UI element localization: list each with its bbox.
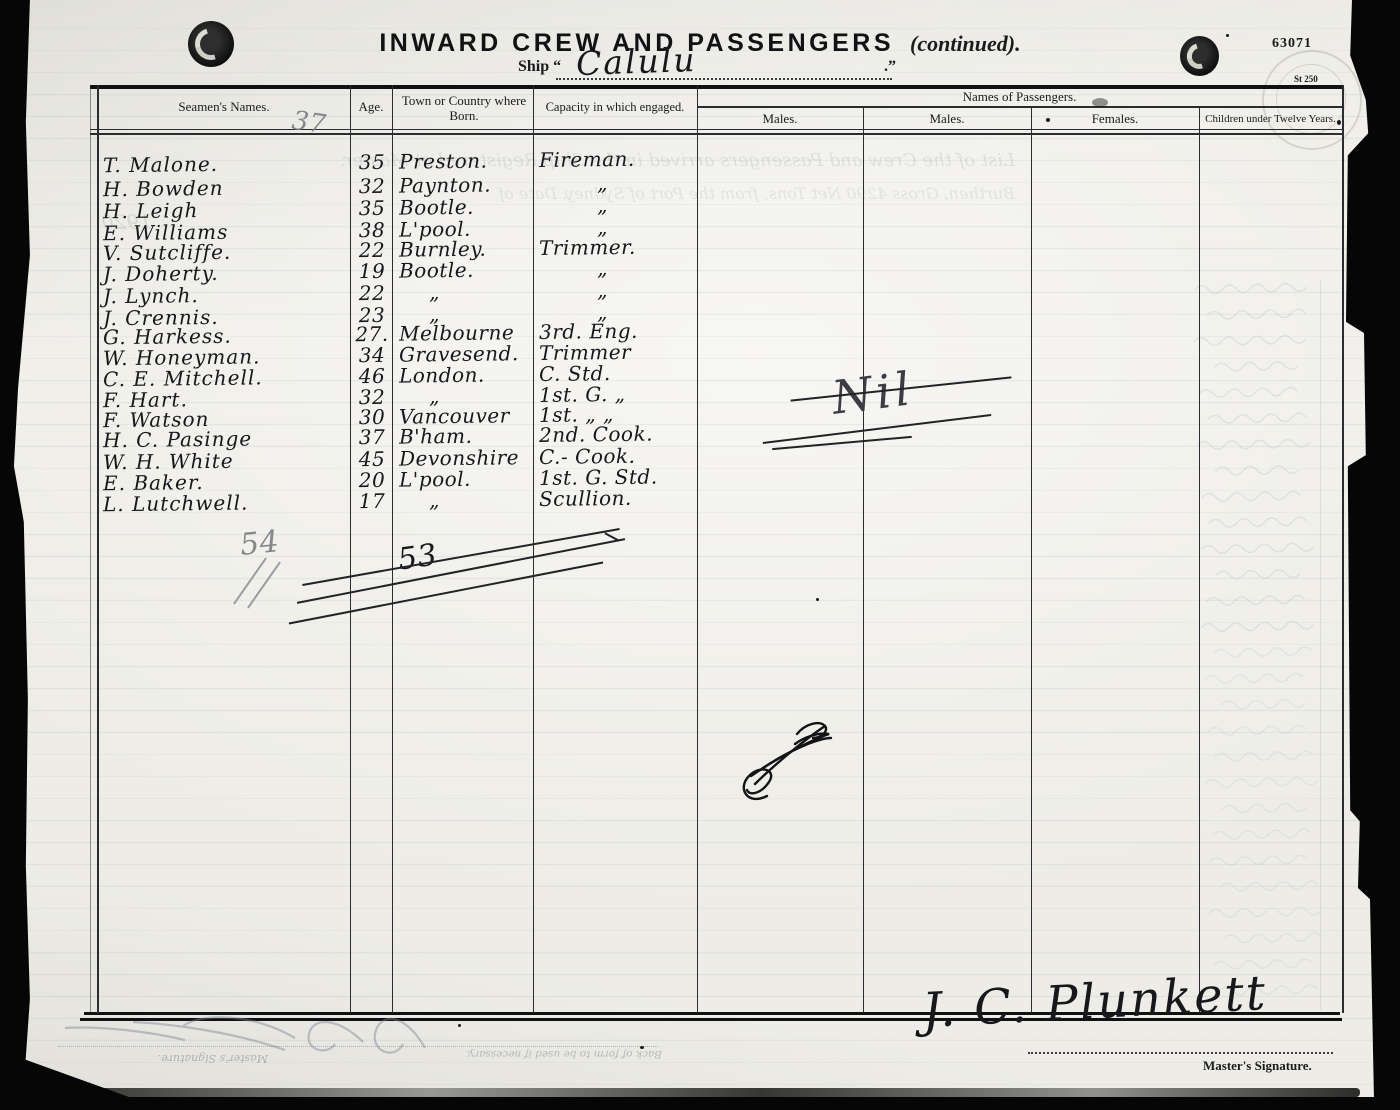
master-signature-label: Master's Signature. — [1203, 1058, 1312, 1074]
scan-edge-bottom — [0, 1097, 1400, 1110]
seaman-name: T. Malone. — [103, 152, 218, 177]
seaman-town: „ — [399, 488, 440, 512]
header-males-2: Males. — [863, 112, 1031, 127]
header-females: Females. — [1031, 112, 1199, 127]
speck — [816, 598, 819, 601]
pencil-total-54: 54 — [238, 524, 281, 563]
ship-close-quote: .” — [884, 58, 896, 76]
page-bottom-shadow — [30, 1088, 1360, 1097]
page-title-continued: (continued). — [910, 31, 1021, 56]
punch-hole-left — [188, 21, 234, 67]
seaman-capacity: „ — [539, 171, 608, 196]
ink-flourish — [733, 712, 837, 808]
bleedthrough-signature — [55, 1004, 435, 1062]
seaman-town: Preston. — [399, 149, 488, 174]
ink-total-53-struck: 53 — [396, 537, 440, 577]
speck — [458, 1024, 461, 1027]
signature-dotted-line — [1028, 1052, 1333, 1054]
seaman-age: 17 — [348, 489, 396, 514]
seaman-age: 35 — [348, 150, 396, 175]
table-top-rule — [90, 85, 1342, 89]
header-capacity: Capacity in which engaged. — [535, 100, 695, 114]
seaman-name: L. Lutchwell. — [103, 491, 249, 517]
speck — [640, 1046, 644, 1049]
seaman-age: 22 — [348, 281, 396, 306]
speck — [1046, 118, 1050, 122]
seaman-capacity: Scullion. — [539, 486, 632, 511]
bleedthrough-dotted-line — [58, 1046, 658, 1047]
ship-name: Calulu — [575, 40, 697, 83]
seaman-age: 32 — [348, 174, 396, 199]
header-males-1: Males. — [697, 112, 863, 127]
scanned-document: List of the Crew and Passengers arrived … — [0, 0, 1400, 1110]
ship-label: Ship “ — [518, 58, 561, 76]
header-age: Age. — [350, 100, 392, 115]
seaman-capacity: Fireman. — [539, 147, 635, 172]
seaman-town: „ — [399, 280, 440, 304]
smudge — [1092, 98, 1108, 107]
nil-entry: Nil — [829, 361, 917, 425]
seaman-capacity: „ — [539, 278, 608, 303]
seaman-age: 37 — [348, 425, 396, 450]
punch-hole-right — [1180, 36, 1219, 76]
header-bottom-rule-a — [90, 129, 1342, 130]
header-town: Town or Country where Born. — [400, 94, 528, 124]
passenger-header-rule — [697, 106, 1342, 108]
seaman-capacity: „ — [539, 256, 608, 281]
seaman-age: 19 — [348, 259, 396, 284]
pencil-count-37: 37 — [290, 106, 328, 140]
seaman-capacity: „ — [539, 193, 608, 218]
speck — [1337, 120, 1341, 125]
seaman-age: 35 — [348, 196, 396, 221]
header-bottom-rule-b — [90, 133, 1342, 135]
speck — [1226, 34, 1229, 37]
header-children: Children under Twelve Years. — [1199, 113, 1342, 126]
header-names-of-passengers: Names of Passengers. — [697, 90, 1342, 105]
